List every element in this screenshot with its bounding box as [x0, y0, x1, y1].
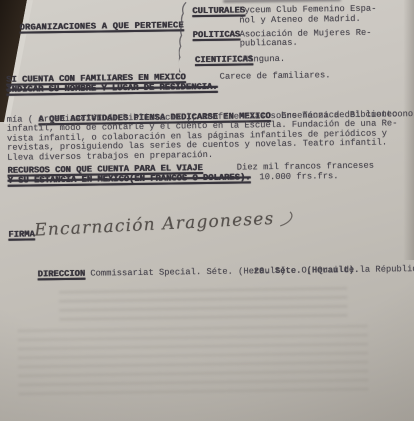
org-value-culturales-2: ñol y Ateneo de Madrid. [239, 14, 361, 25]
org-label-politicas: POLITICAS [192, 31, 240, 41]
document-content: ORGANIZACIONES A QUE PERTENECE CULTURALE… [0, 0, 414, 421]
cropped-text-fragment [223, 0, 341, 3]
signature-flourish [278, 210, 300, 232]
family-heading-line2: INDICAR SU NOMBRE Y LUGAR DE RESIDENCIA. [6, 82, 217, 95]
family-value: Carece de familiares. [220, 71, 331, 82]
organizations-heading: ORGANIZACIONES A QUE PERTENECE [19, 21, 183, 33]
resources-value-line2: 10.000 frs.frs. [259, 172, 338, 183]
org-value-cientificas-1: Ninguna. [243, 55, 285, 65]
signature-label: FIRMA [8, 230, 35, 240]
signature-handwriting: Encarnación Aragoneses [34, 209, 275, 241]
org-label-culturales: CULTURALES [192, 6, 245, 16]
page-showthrough-lower [18, 325, 369, 396]
address-label: DIRECCION [37, 268, 85, 279]
org-value-politicas-2: publicanas. [240, 39, 298, 49]
address-line1: Commissariat Special. Séte. (Herault). O… [85, 264, 414, 279]
activities-line6: Lleva diversos trabajos en preparación. [7, 151, 213, 163]
resources-heading-line2: Y SU ESTANCIA EN MEXICO(EN FRANCOS O DOL… [8, 173, 251, 186]
address-line2: 20. Séte. (Herault). [254, 266, 360, 277]
brace-line [178, 1, 191, 73]
page-showthrough-upper [59, 287, 347, 326]
document-photo: ORGANIZACIONES A QUE PERTENECE CULTURALE… [0, 0, 414, 421]
